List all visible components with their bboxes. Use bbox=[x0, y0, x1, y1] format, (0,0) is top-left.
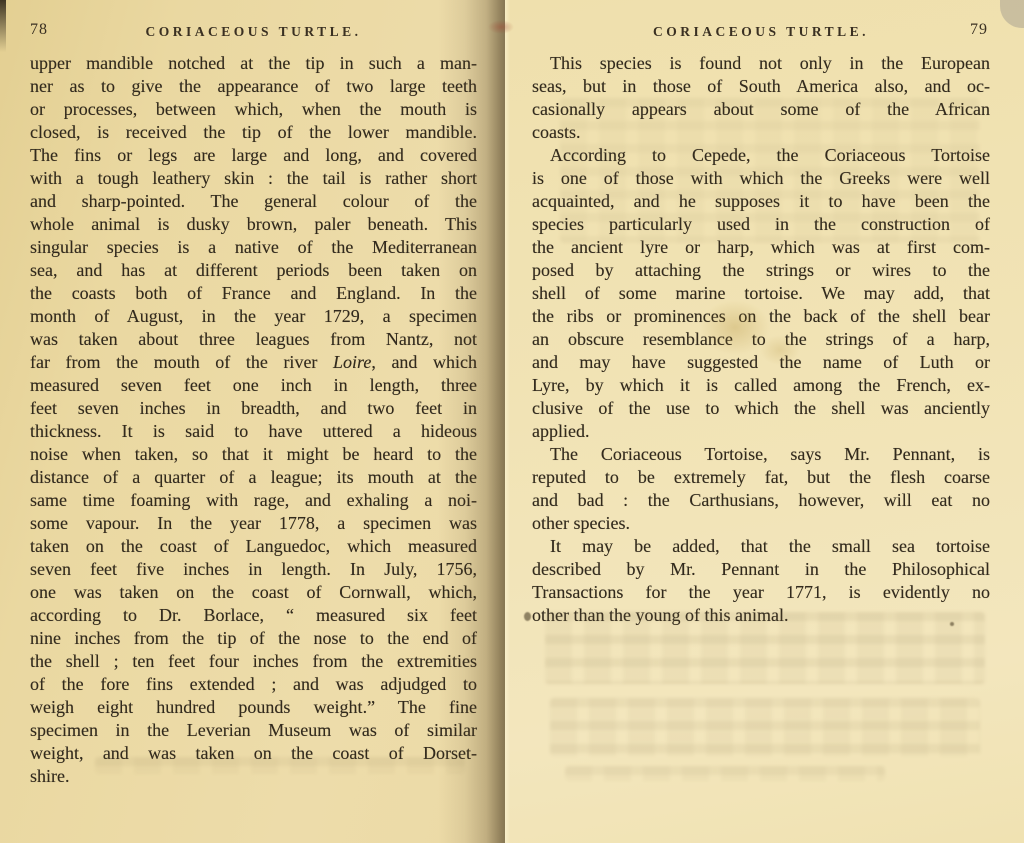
text-line: applied. bbox=[532, 420, 990, 443]
text-line: the shell ; ten feet four inches from th… bbox=[30, 650, 477, 673]
text-line: with a tough leathery skin : the tail is… bbox=[30, 167, 477, 190]
text-line: This species is found not only in the Eu… bbox=[532, 52, 990, 75]
text-line: some vapour. In the year 1778, a specime… bbox=[30, 512, 477, 535]
text-line: taken on the coast of Languedoc, which m… bbox=[30, 535, 477, 558]
text-line: according to Dr. Borlace, “ measured six… bbox=[30, 604, 477, 627]
bleedthrough-text bbox=[545, 612, 985, 684]
text-line: one was taken on the coast of Cornwall, … bbox=[30, 581, 477, 604]
book-spread: 78 CORIACEOUS TURTLE. upper mandible not… bbox=[0, 0, 1024, 843]
text-line: It may be added, that the small sea tort… bbox=[532, 535, 990, 558]
bleedthrough-text bbox=[565, 766, 885, 781]
text-line: and sharp-pointed. The general colour of… bbox=[30, 190, 477, 213]
running-title-left: CORIACEOUS TURTLE. bbox=[30, 24, 477, 40]
paragraph: upper mandible notched at the tip in suc… bbox=[30, 52, 477, 788]
gutter-shadow bbox=[438, 0, 505, 843]
text-line: or processes, between which, when the mo… bbox=[30, 98, 477, 121]
binding-edge-mark bbox=[0, 0, 6, 52]
text-line: seven feet five inches in length. In Jul… bbox=[30, 558, 477, 581]
bleedthrough-text bbox=[550, 698, 980, 756]
text-line: The fins or legs are large and long, and… bbox=[30, 144, 477, 167]
text-line: thickness. It is said to have uttered a … bbox=[30, 420, 477, 443]
text-line: The Coriaceous Tortoise, says Mr. Pennan… bbox=[532, 443, 990, 466]
text-line: clusive of the use to which the shell wa… bbox=[532, 397, 990, 420]
page-left: 78 CORIACEOUS TURTLE. upper mandible not… bbox=[0, 0, 505, 843]
text-line: singular species is a native of the Medi… bbox=[30, 236, 477, 259]
text-line: closed, is received the tip of the lower… bbox=[30, 121, 477, 144]
text-line: Lyre, by which it is called among the Fr… bbox=[532, 374, 990, 397]
text-line: sea, and has at different periods been t… bbox=[30, 259, 477, 282]
text-line: other species. bbox=[532, 512, 990, 535]
text-line: weigh eight hundred pounds weight.” The … bbox=[30, 696, 477, 719]
text-line: and bad : the Carthusians, however, will… bbox=[532, 489, 990, 512]
text-line: nine inches from the tip of the nose to … bbox=[30, 627, 477, 650]
text-line: ner as to give the appearance of two lar… bbox=[30, 75, 477, 98]
text-line: shell of some marine tortoise. We may ad… bbox=[532, 282, 990, 305]
page-number-right: 79 bbox=[970, 21, 988, 39]
page-left-text-column: upper mandible notched at the tip in suc… bbox=[30, 52, 477, 788]
text-line: seas, but in those of South America also… bbox=[532, 75, 990, 98]
ink-speck bbox=[950, 622, 954, 626]
text-line: feet seven inches in breadth, and two fe… bbox=[30, 397, 477, 420]
text-line: noise when taken, so that it might be he… bbox=[30, 443, 477, 466]
paragraph: The Coriaceous Tortoise, says Mr. Pennan… bbox=[532, 443, 990, 535]
text-line: the coasts both of France and England. I… bbox=[30, 282, 477, 305]
text-line: whole animal is dusky brown, paler benea… bbox=[30, 213, 477, 236]
text-line: specimen in the Leverian Museum was of s… bbox=[30, 719, 477, 742]
text-line: reputed to be extremely fat, but the fle… bbox=[532, 466, 990, 489]
text-line: same time foaming with rage, and exhalin… bbox=[30, 489, 477, 512]
text-line: distance of a quarter of a league; its m… bbox=[30, 466, 477, 489]
text-line: Transactions for the year 1771, is evide… bbox=[532, 581, 990, 604]
text-line: month of August, in the year 1729, a spe… bbox=[30, 305, 477, 328]
text-line: upper mandible notched at the tip in suc… bbox=[30, 52, 477, 75]
text-line: of the fore fins extended ; and was adju… bbox=[30, 673, 477, 696]
text-line: far from the mouth of the river Loire, a… bbox=[30, 351, 477, 374]
running-title-right: CORIACEOUS TURTLE. bbox=[532, 24, 990, 40]
bleedthrough-text bbox=[95, 757, 465, 774]
text-line: was taken about three leagues from Nantz… bbox=[30, 328, 477, 351]
bleedthrough-text bbox=[560, 98, 980, 243]
red-smudge bbox=[488, 20, 514, 34]
text-line: described by Mr. Pennant in the Philosop… bbox=[532, 558, 990, 581]
text-line: posed by attaching the strings or wires … bbox=[532, 259, 990, 282]
ink-speck bbox=[524, 612, 531, 621]
text-line: measured seven feet one inch in length, … bbox=[30, 374, 477, 397]
paper-stain bbox=[760, 335, 800, 365]
